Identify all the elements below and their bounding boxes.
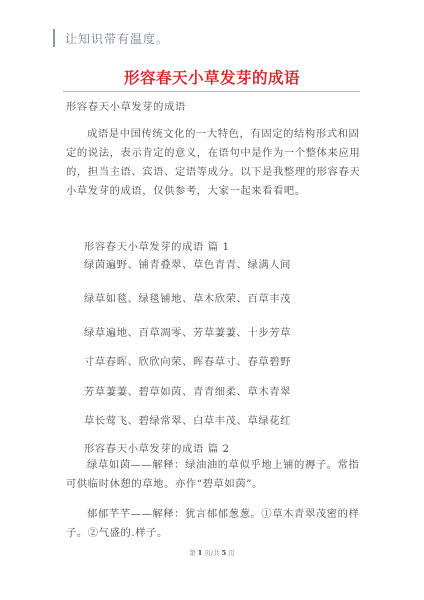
idiom-entry: 绿草如茵——解释：绿油油的草似乎地上铺的褥子。常指可供临时休憩的草地。亦作“碧草… — [66, 456, 366, 494]
footer-suffix: 页 — [228, 549, 235, 557]
idiom-line: 绿草如毯、绿毯铺地、草木欣荣、百草丰茂 — [84, 290, 291, 305]
idiom-line: 草长莺飞、碧绿常翠、白草丰茂、草绿花红 — [84, 412, 291, 427]
page-footer: 第 1 页/共 5 页 — [0, 548, 424, 557]
footer-middle: 页/共 — [204, 549, 219, 557]
idiom-line: 绿草遍地、百草凋零、芳草萋萋、十步芳草 — [84, 324, 291, 339]
intro-paragraph: 成语是中国传统文化的一大特色，有固定的结构形式和固定的说法，表示肯定的意义，在语… — [66, 125, 366, 201]
title-divider — [63, 91, 360, 92]
brand-slogan: 让知识带有温度。 — [65, 30, 169, 47]
idiom-line: 绿茵遍野、铺青叠翠、草色青青、绿满人间 — [84, 256, 291, 271]
idiom-line: 寸草春晖、欣欣向荣、晖春草寸、春草碧野 — [84, 353, 291, 368]
footer-prefix: 第 — [189, 549, 196, 557]
idiom-line: 芳草萋萋、碧草如茵、青青细柔、草木青翠 — [84, 383, 291, 398]
document-title: 形容春天小草发芽的成语 — [0, 66, 424, 88]
idiom-entry: 郁郁芊芊——解释：犹言郁郁葱葱。①草木青翠茂密的样子。②气盛的.样子。 — [66, 505, 366, 543]
section-heading-2: 形容春天小草发芽的成语 篇 2 — [84, 440, 230, 455]
section-heading-1: 形容春天小草发芽的成语 篇 1 — [84, 238, 230, 253]
total-pages-number: 5 — [222, 549, 227, 557]
brand-accent-bar — [53, 29, 55, 47]
brand-header: 让知识带有温度。 — [53, 30, 169, 46]
current-page-number: 1 — [198, 549, 203, 557]
document-subtitle: 形容春天小草发芽的成语 — [66, 98, 186, 113]
